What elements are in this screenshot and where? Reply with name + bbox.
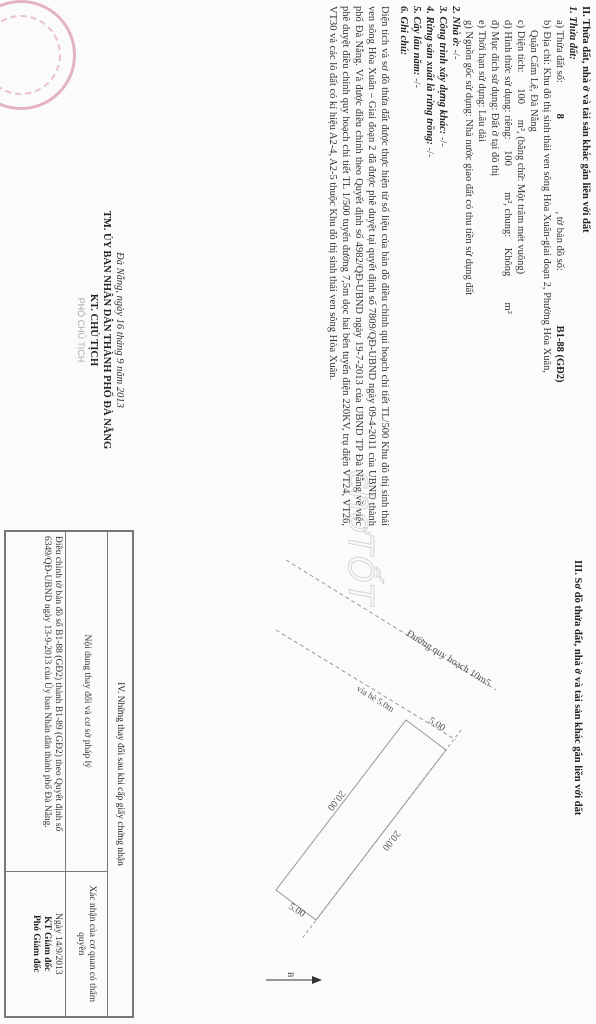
confirm-subrole: Phó Giám đốc	[30, 876, 41, 1013]
changes-table: IV. Những thay đổi sau khi cấp giấy chứn…	[4, 530, 134, 1018]
sign-date: Đà Nẵng, ngày 16 tháng 9 năm 2013	[113, 180, 126, 480]
change-confirmation: Ngày 14/9/2013 KT Giám đốc Phó Giám đốc	[6, 871, 66, 1017]
map-sheet-label: , tờ bản đồ số:	[554, 211, 565, 271]
section-3-title: III. Sơ đồ thửa đất, nhà ở và tài sản kh…	[571, 560, 584, 815]
parcel-number: 8	[554, 114, 565, 119]
perennial-line: 5. Cây lâu năm: -/-	[410, 6, 423, 546]
house-label: 2. Nhà ở:	[450, 6, 461, 47]
area-line: c) Diện tích: 100 m², (bằng chữ: Một tră…	[514, 6, 527, 546]
table-row: Điều chỉnh tờ bản đồ số B1-88 (GĐ2) thàn…	[6, 532, 66, 1017]
col-confirm-header: Xác nhận của cơ quan có thẩm quyền	[65, 871, 107, 1017]
parcel-number-line: a) Thửa đất số: 8 , tờ bản đồ số: B1-88 …	[553, 6, 566, 546]
dim-top-label: 5.00	[426, 715, 447, 734]
house-value: -/-	[450, 50, 461, 60]
address-line: b) Địa chỉ: Khu đô thị sinh thái ven sôn…	[540, 6, 553, 546]
sign-subrole: PHÓ CHỦ TỊCH	[74, 180, 87, 480]
perennial-label: 5. Cây lâu năm:	[411, 6, 422, 75]
section-2-title: II. Thửa đất, nhà ở và tài sản khác gắn …	[579, 6, 592, 546]
usage-purpose-line: đ) Mục đích sử dụng: Đất ở tại đô thị	[488, 6, 501, 546]
perennial-value: -/-	[411, 78, 422, 88]
land-heading: 1. Thửa đất:	[566, 6, 579, 546]
usage-term-line: e) Thời hạn sử dụng: Lâu dài	[475, 6, 488, 546]
land-certificate-page: II. Thửa đất, nhà ở và tài sản khác gắn …	[0, 0, 596, 1024]
forest-value: -/-	[424, 148, 435, 158]
svg-text:B: B	[286, 972, 295, 977]
sidewalk-label: vỉa hè 5.0m	[355, 683, 396, 714]
sign-org: TM. ỦY BAN NHÂN DÂN THÀNH PHỐ ĐÀ NẴNG	[100, 180, 113, 480]
parcel-number-label: a) Thửa đất số:	[554, 20, 565, 83]
sign-role: KT. CHỦ TỊCH	[87, 180, 100, 480]
signature-block: Đà Nẵng, ngày 16 tháng 9 năm 2013 TM. ỦY…	[74, 180, 126, 480]
usage-origin-line: g) Nguồn gốc sử dụng: Nhà nước giao đất …	[462, 6, 475, 546]
dim-bottom-label: 5.00	[286, 901, 307, 920]
confirm-role: KT Giám đốc	[41, 876, 52, 1013]
forest-line: 4. Rừng sản xuất là rừng trồng: -/-	[423, 6, 436, 546]
red-stamp-icon	[0, 0, 76, 110]
notes-heading: 6. Ghi chú:	[397, 6, 410, 546]
map-sheet-number: B1-88 (GĐ2)	[554, 326, 565, 383]
address-line-2: Quận Cẩm Lệ, Đà Nẵng	[527, 6, 540, 546]
other-works-value: -/-	[437, 137, 448, 147]
house-line: 2. Nhà ở: -/-	[449, 6, 462, 546]
col-content-header: Nội dung thay đổi và cơ sở pháp lý	[65, 532, 107, 872]
usage-form-line: d) Hình thức sử dụng: riêng: 100 m², chu…	[501, 6, 514, 546]
chotot-watermark: chợTỐT	[353, 470, 366, 605]
notes-text: Diện tích và sơ đồ thửa đất được thực hi…	[326, 6, 391, 526]
section-4-title: IV. Những thay đổi sau khi cấp giấy chứn…	[107, 532, 132, 1017]
section-land-info: II. Thửa đất, nhà ở và tài sản khác gắn …	[326, 6, 592, 546]
other-works-line: 3. Công trình xây dựng khác: -/-	[436, 6, 449, 546]
change-content: Điều chỉnh tờ bản đồ số B1-88 (GĐ2) thàn…	[6, 532, 66, 872]
parcel-outline	[276, 720, 446, 920]
north-arrow-icon: B	[266, 972, 322, 984]
road-label: Đường quy hoạch 10m5	[404, 628, 492, 689]
dim-side2-label: 20.00	[325, 788, 348, 813]
forest-label: 4. Rừng sản xuất là rừng trồng:	[424, 6, 435, 145]
confirm-date: Ngày 14/9/2013	[52, 876, 63, 1013]
other-works-label: 3. Công trình xây dựng khác:	[437, 6, 448, 134]
parcel-diagram: Đường quy hoạch 10m5 vỉa hè 5.0m 5.00 20…	[256, 540, 556, 1020]
